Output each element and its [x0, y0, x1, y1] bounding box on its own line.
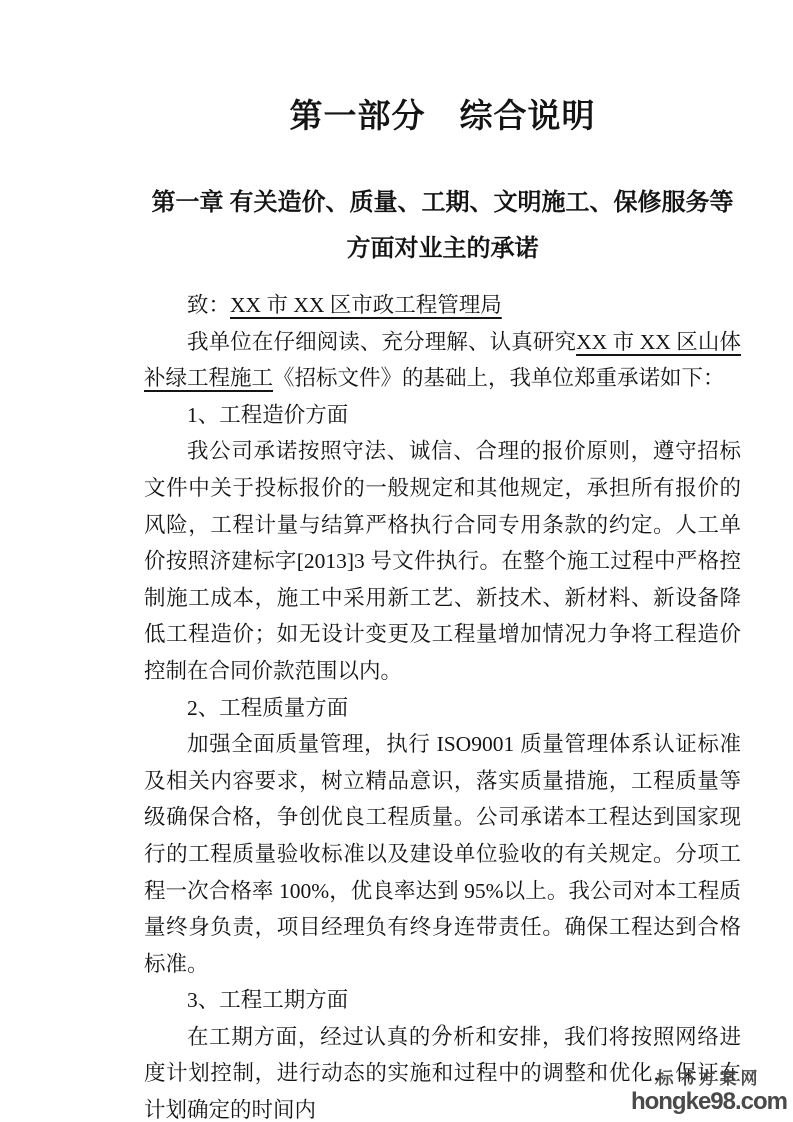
- salutation-recipient: XX 市 XX 区市政工程管理局: [230, 293, 502, 317]
- section-1-body: 我公司承诺按照守法、诚信、合理的报价原则，遵守招标文件中关于投标报价的一般规定和…: [144, 433, 741, 689]
- intro-part1: 我单位在仔细阅读、充分理解、认真研究: [187, 330, 576, 354]
- section-2-body: 加强全面质量管理，执行 ISO9001 质量管理体系认证标准及相关内容要求，树立…: [144, 726, 741, 982]
- section-2-heading: 2、工程质量方面: [144, 690, 741, 727]
- page-content: 第一部分 综合说明 第一章 有关造价、质量、工期、文明施工、保修服务等 方面对业…: [144, 0, 741, 1122]
- intro-part2: 《招标文件》的基础上，我单位郑重承诺如下：: [273, 366, 725, 390]
- watermark: 标书方案网 hongke98.com: [631, 1070, 787, 1114]
- watermark-site-name: 标书方案网: [631, 1070, 787, 1087]
- chapter-heading: 第一章 有关造价、质量、工期、文明施工、保修服务等 方面对业主的承诺: [144, 180, 741, 272]
- intro-paragraph: 我单位在仔细阅读、充分理解、认真研究XX 市 XX 区山体补绿工程施工《招标文件…: [144, 324, 741, 397]
- document-title: 第一部分 综合说明: [144, 94, 741, 140]
- page-number: 2: [144, 1021, 741, 1039]
- salutation-prefix: 致：: [187, 293, 230, 317]
- body-text: 致：XX 市 XX 区市政工程管理局 我单位在仔细阅读、充分理解、认真研究XX …: [144, 287, 741, 1122]
- document-page: 第一部分 综合说明 第一章 有关造价、质量、工期、文明施工、保修服务等 方面对业…: [0, 0, 793, 1122]
- watermark-site-url: hongke98.com: [631, 1090, 787, 1114]
- section-1-heading: 1、工程造价方面: [144, 397, 741, 434]
- salutation-line: 致：XX 市 XX 区市政工程管理局: [144, 287, 741, 324]
- chapter-heading-line1: 第一章 有关造价、质量、工期、文明施工、保修服务等: [144, 180, 741, 226]
- chapter-heading-line2: 方面对业主的承诺: [144, 226, 741, 272]
- section-3-heading: 3、工程工期方面: [144, 982, 741, 1019]
